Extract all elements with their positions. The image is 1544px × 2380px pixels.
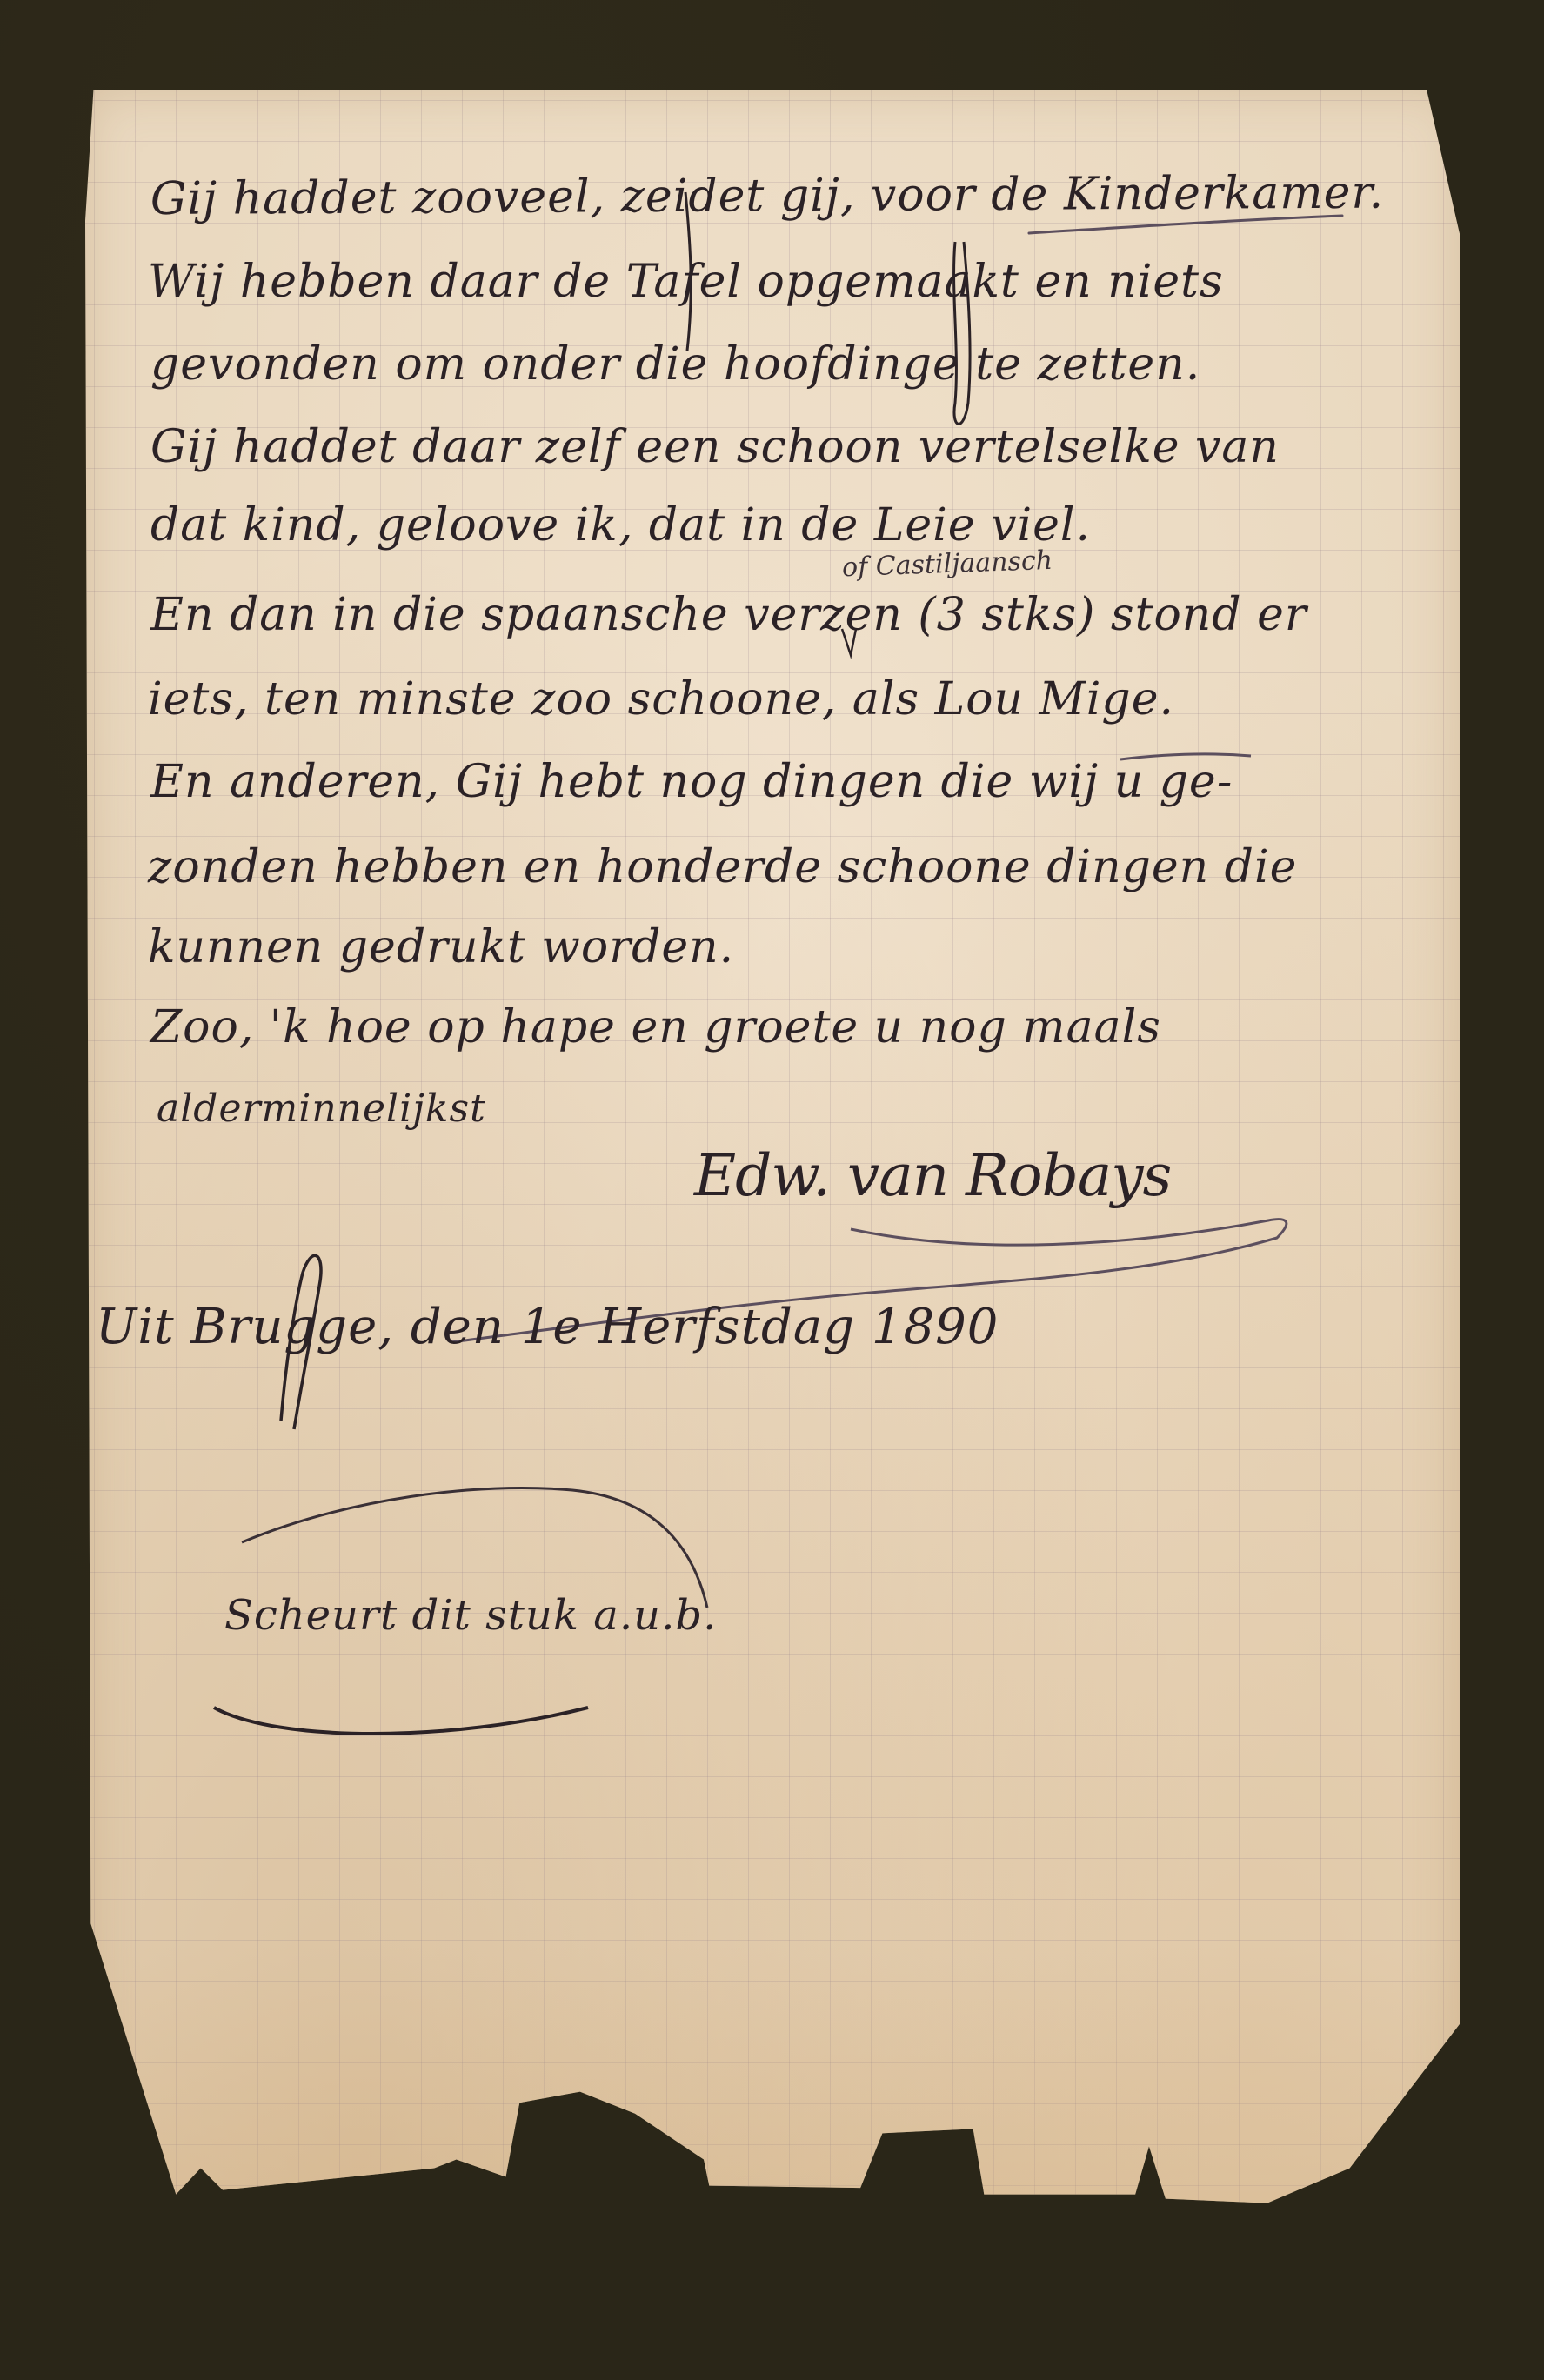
letter-line-6: En dan in die spaansche verzen (3 stks) … [150, 592, 1307, 638]
letter-line-10: kunnen gedrukt worden. [148, 925, 734, 970]
letter-line-5: dat kind, geloove ik, dat in de Leie vie… [150, 503, 1091, 548]
letter-line-2: Wij hebben daar de Tafel opgemaakt en ni… [148, 259, 1224, 304]
letter-line-8: En anderen, Gij hebt nog dingen die wij … [150, 759, 1233, 805]
letter-line-4: Gij haddet daar zelf een schoon vertelse… [150, 425, 1280, 470]
letter-line-1: Gij haddet zooveel, zeidet gij, voor de … [150, 170, 1384, 222]
closing-note: Scheurt dit stuk a.u.b. [224, 1594, 717, 1636]
letter-page: Gij haddet zooveel, zeidet gij, voor de … [85, 90, 1460, 2273]
scan-background: Gij haddet zooveel, zeidet gij, voor de … [0, 0, 1544, 2380]
place-date-line: Uit Brugge, den 1e Herfstdag 1890 [96, 1303, 999, 1352]
signature: Edw. van Robays [694, 1142, 1171, 1209]
letter-line-3: gevonden om onder die hoofdinge te zette… [150, 342, 1200, 387]
letter-line-9: zonden hebben en honderde schoone dingen… [148, 845, 1297, 890]
insertion-note: of Castiljaansch [841, 545, 1053, 583]
letter-line-11: Zoo, 'k hoe op hape en groete u nog maal… [150, 1005, 1161, 1050]
letter-line-7: iets, ten minste zoo schoone, als Lou Mi… [148, 677, 1174, 722]
letter-line-12: alderminnelijkst [157, 1090, 486, 1128]
letter-body: Gij haddet zooveel, zeidet gij, voor de … [85, 90, 1460, 2273]
